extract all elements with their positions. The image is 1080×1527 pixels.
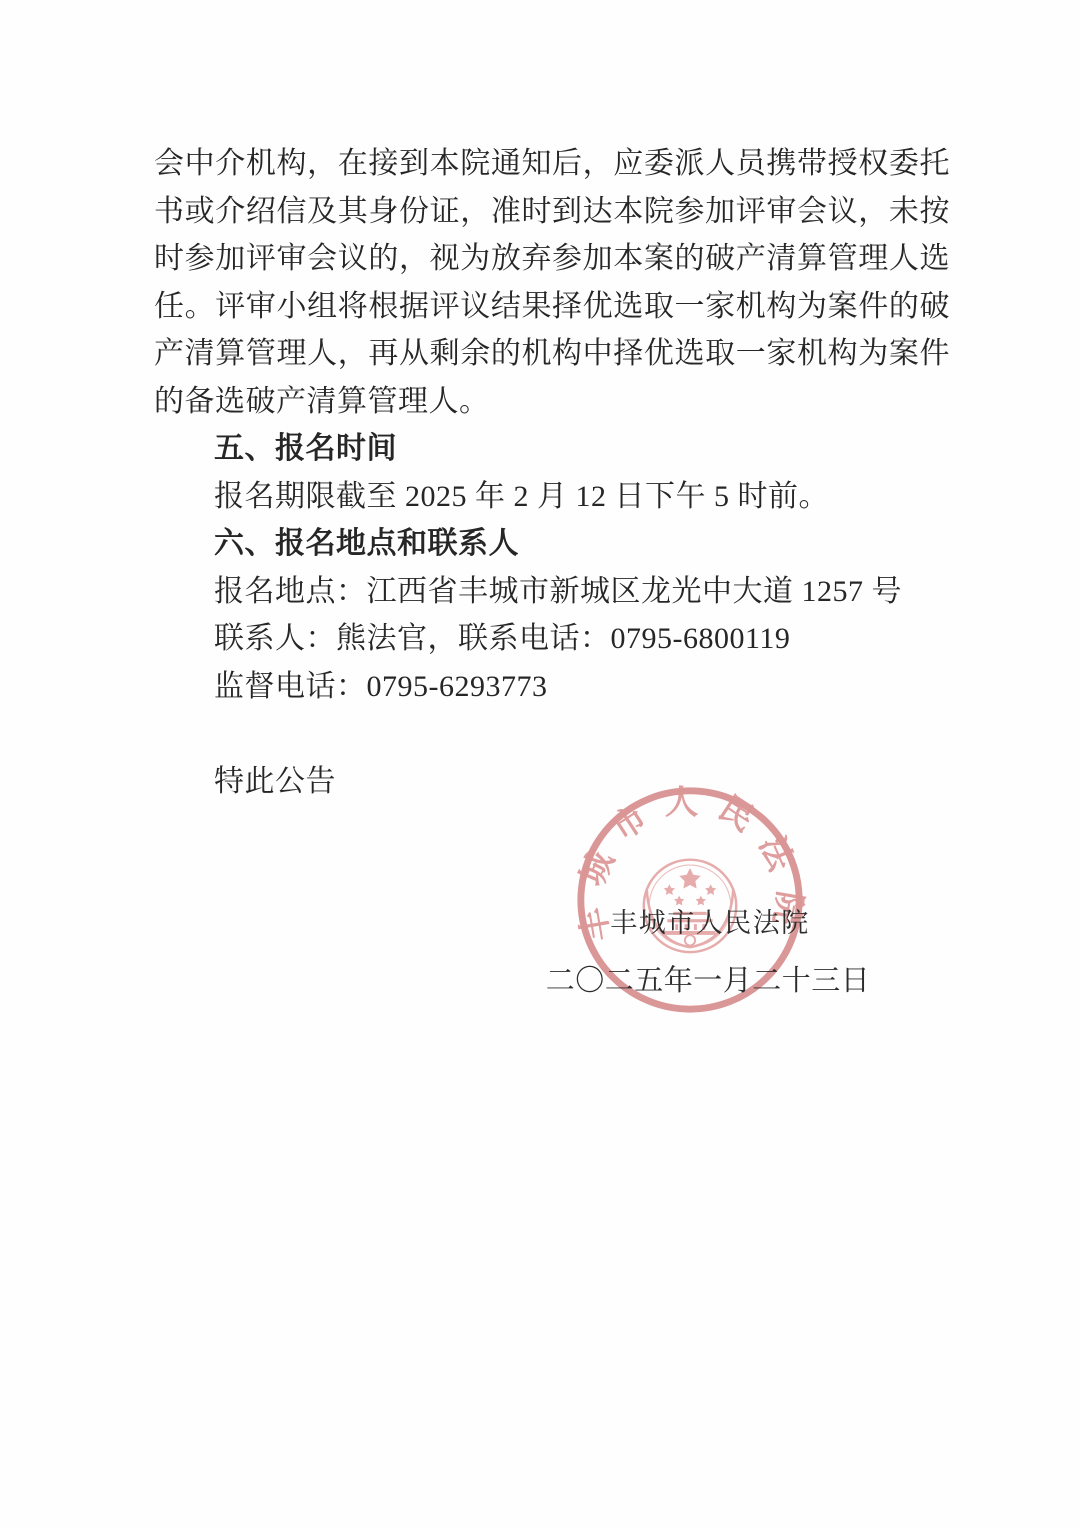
body-line: 任。评审小组将根据评议结果择优选取一家机构为案件的破	[154, 283, 950, 331]
body-line: 产清算管理人，再从剩余的机构中择优选取一家机构为案件	[154, 330, 950, 378]
supervision-phone-line: 监督电话：0795-6293773	[154, 663, 950, 711]
contact-person-line: 联系人：熊法官，联系电话：0795-6800119	[154, 615, 950, 663]
section-heading-location-contact: 六、报名地点和联系人	[154, 520, 950, 568]
registration-deadline-line: 报名期限截至 2025 年 2 月 12 日下午 5 时前。	[154, 473, 950, 521]
document-body: 会中介机构，在接到本院通知后，应委派人员携带授权委托 书或介绍信及其身份证，准时…	[154, 140, 950, 805]
closing-announcement-line: 特此公告	[154, 758, 950, 806]
star-icon	[664, 884, 675, 895]
star-icon	[705, 884, 716, 895]
signature-court-name: 丰城市人民法院	[610, 901, 810, 940]
body-line: 时参加评审会议的，视为放弃参加本案的破产清算管理人选	[154, 235, 950, 283]
body-line: 书或介绍信及其身份证，准时到达本院参加评审会议，未按	[154, 188, 950, 236]
document-page: 会中介机构，在接到本院通知后，应委派人员携带授权委托 书或介绍信及其身份证，准时…	[0, 0, 1080, 1527]
registration-address-line: 报名地点：江西省丰城市新城区龙光中大道 1257 号	[154, 568, 950, 616]
body-line: 会中介机构，在接到本院通知后，应委派人员携带授权委托	[154, 140, 950, 188]
section-heading-registration-time: 五、报名时间	[154, 425, 950, 473]
body-line: 的备选破产清算管理人。	[154, 378, 950, 426]
signature-date: 二〇二五年一月二十三日	[546, 958, 871, 999]
blank-line	[154, 710, 950, 758]
star-icon	[679, 868, 701, 888]
